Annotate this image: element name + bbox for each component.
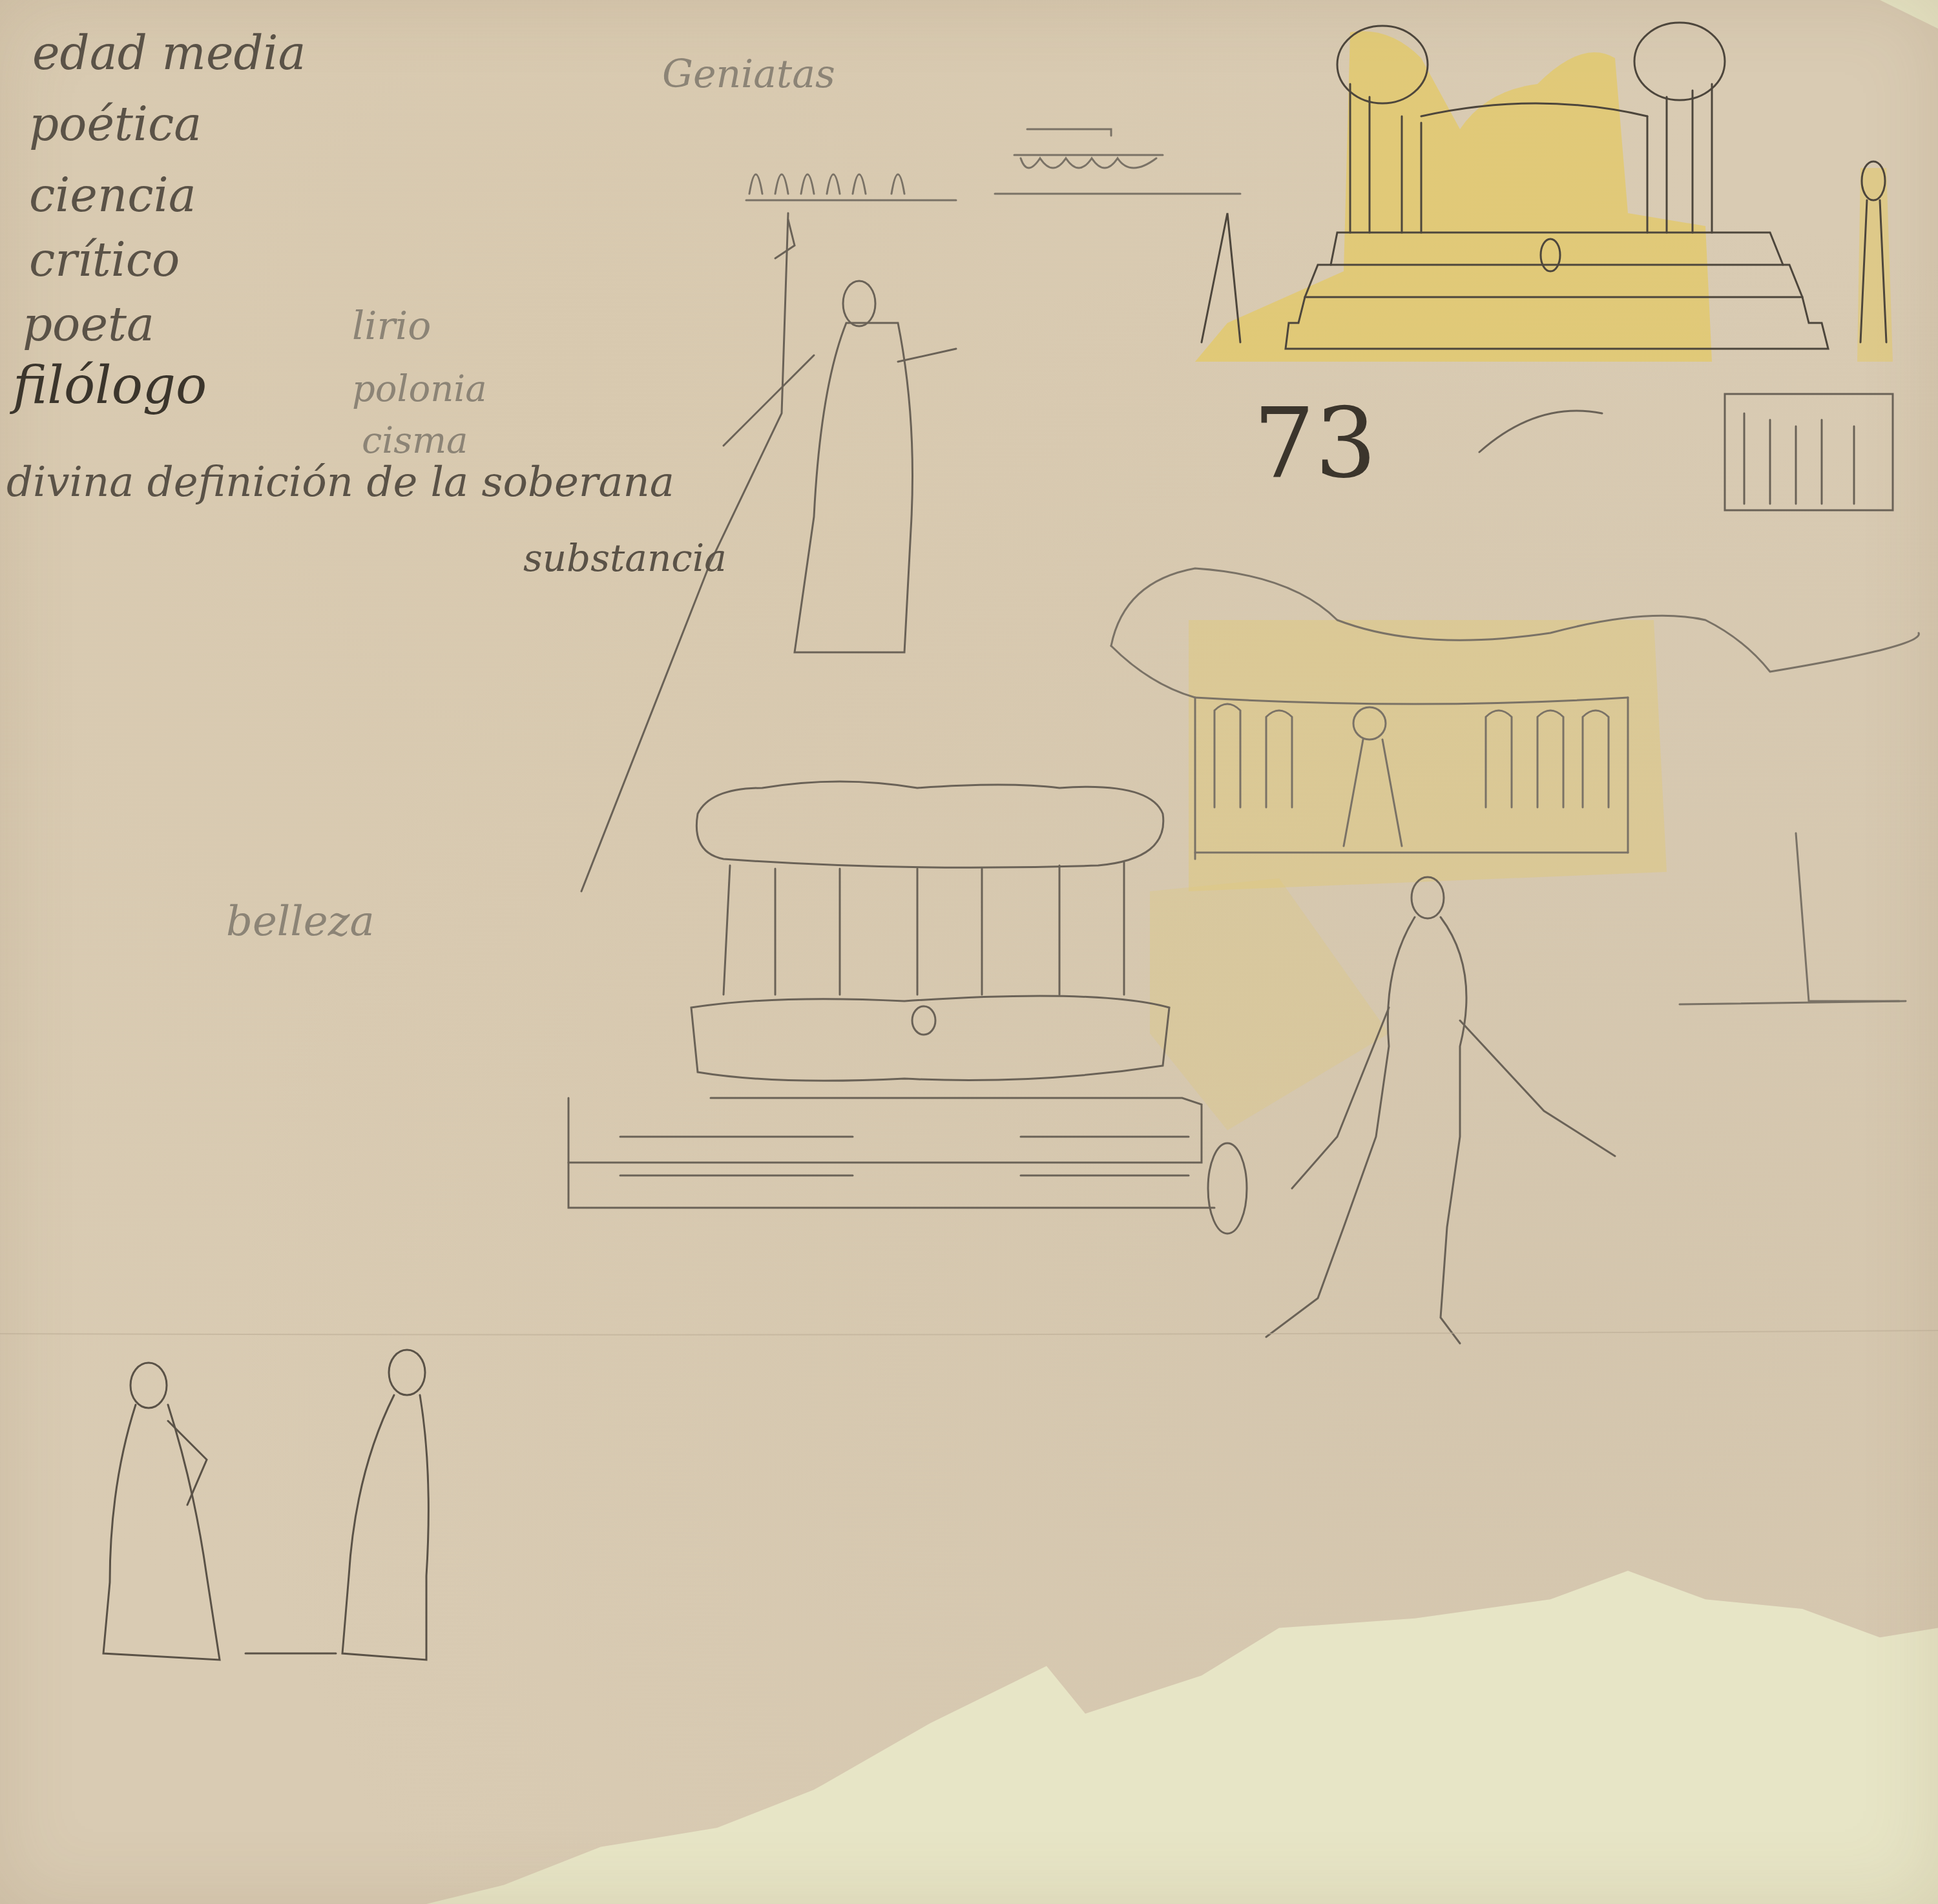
relief-frieze-sketch	[1479, 394, 1893, 510]
arcade-sketch	[746, 129, 1240, 200]
paper-fold	[0, 1330, 1938, 1335]
draped-figures-sketch	[103, 1350, 428, 1660]
note-poeta: poeta	[23, 297, 154, 351]
pencil-sketches	[0, 0, 1938, 1904]
note-ciencia: ciencia	[29, 168, 196, 222]
note-edad-media: edad media	[32, 26, 306, 80]
note-cisma: cisma	[362, 420, 468, 462]
note-polonia: polonia	[352, 368, 487, 410]
note-geniatas: Geniatas	[662, 52, 835, 97]
monument-sketch	[568, 781, 1247, 1234]
note-number-73: 73	[1253, 388, 1377, 500]
note-lirio: lirio	[352, 304, 431, 349]
yellow-wash	[1150, 31, 1893, 1130]
note-substancia: substancia	[523, 536, 727, 580]
note-filologo: filólogo	[13, 355, 207, 415]
note-belleza: belleza	[226, 898, 375, 946]
note-critico: crítico	[29, 233, 180, 287]
note-poetica: poética	[29, 97, 202, 151]
note-sentence: divina definición de la soberana	[6, 459, 674, 506]
